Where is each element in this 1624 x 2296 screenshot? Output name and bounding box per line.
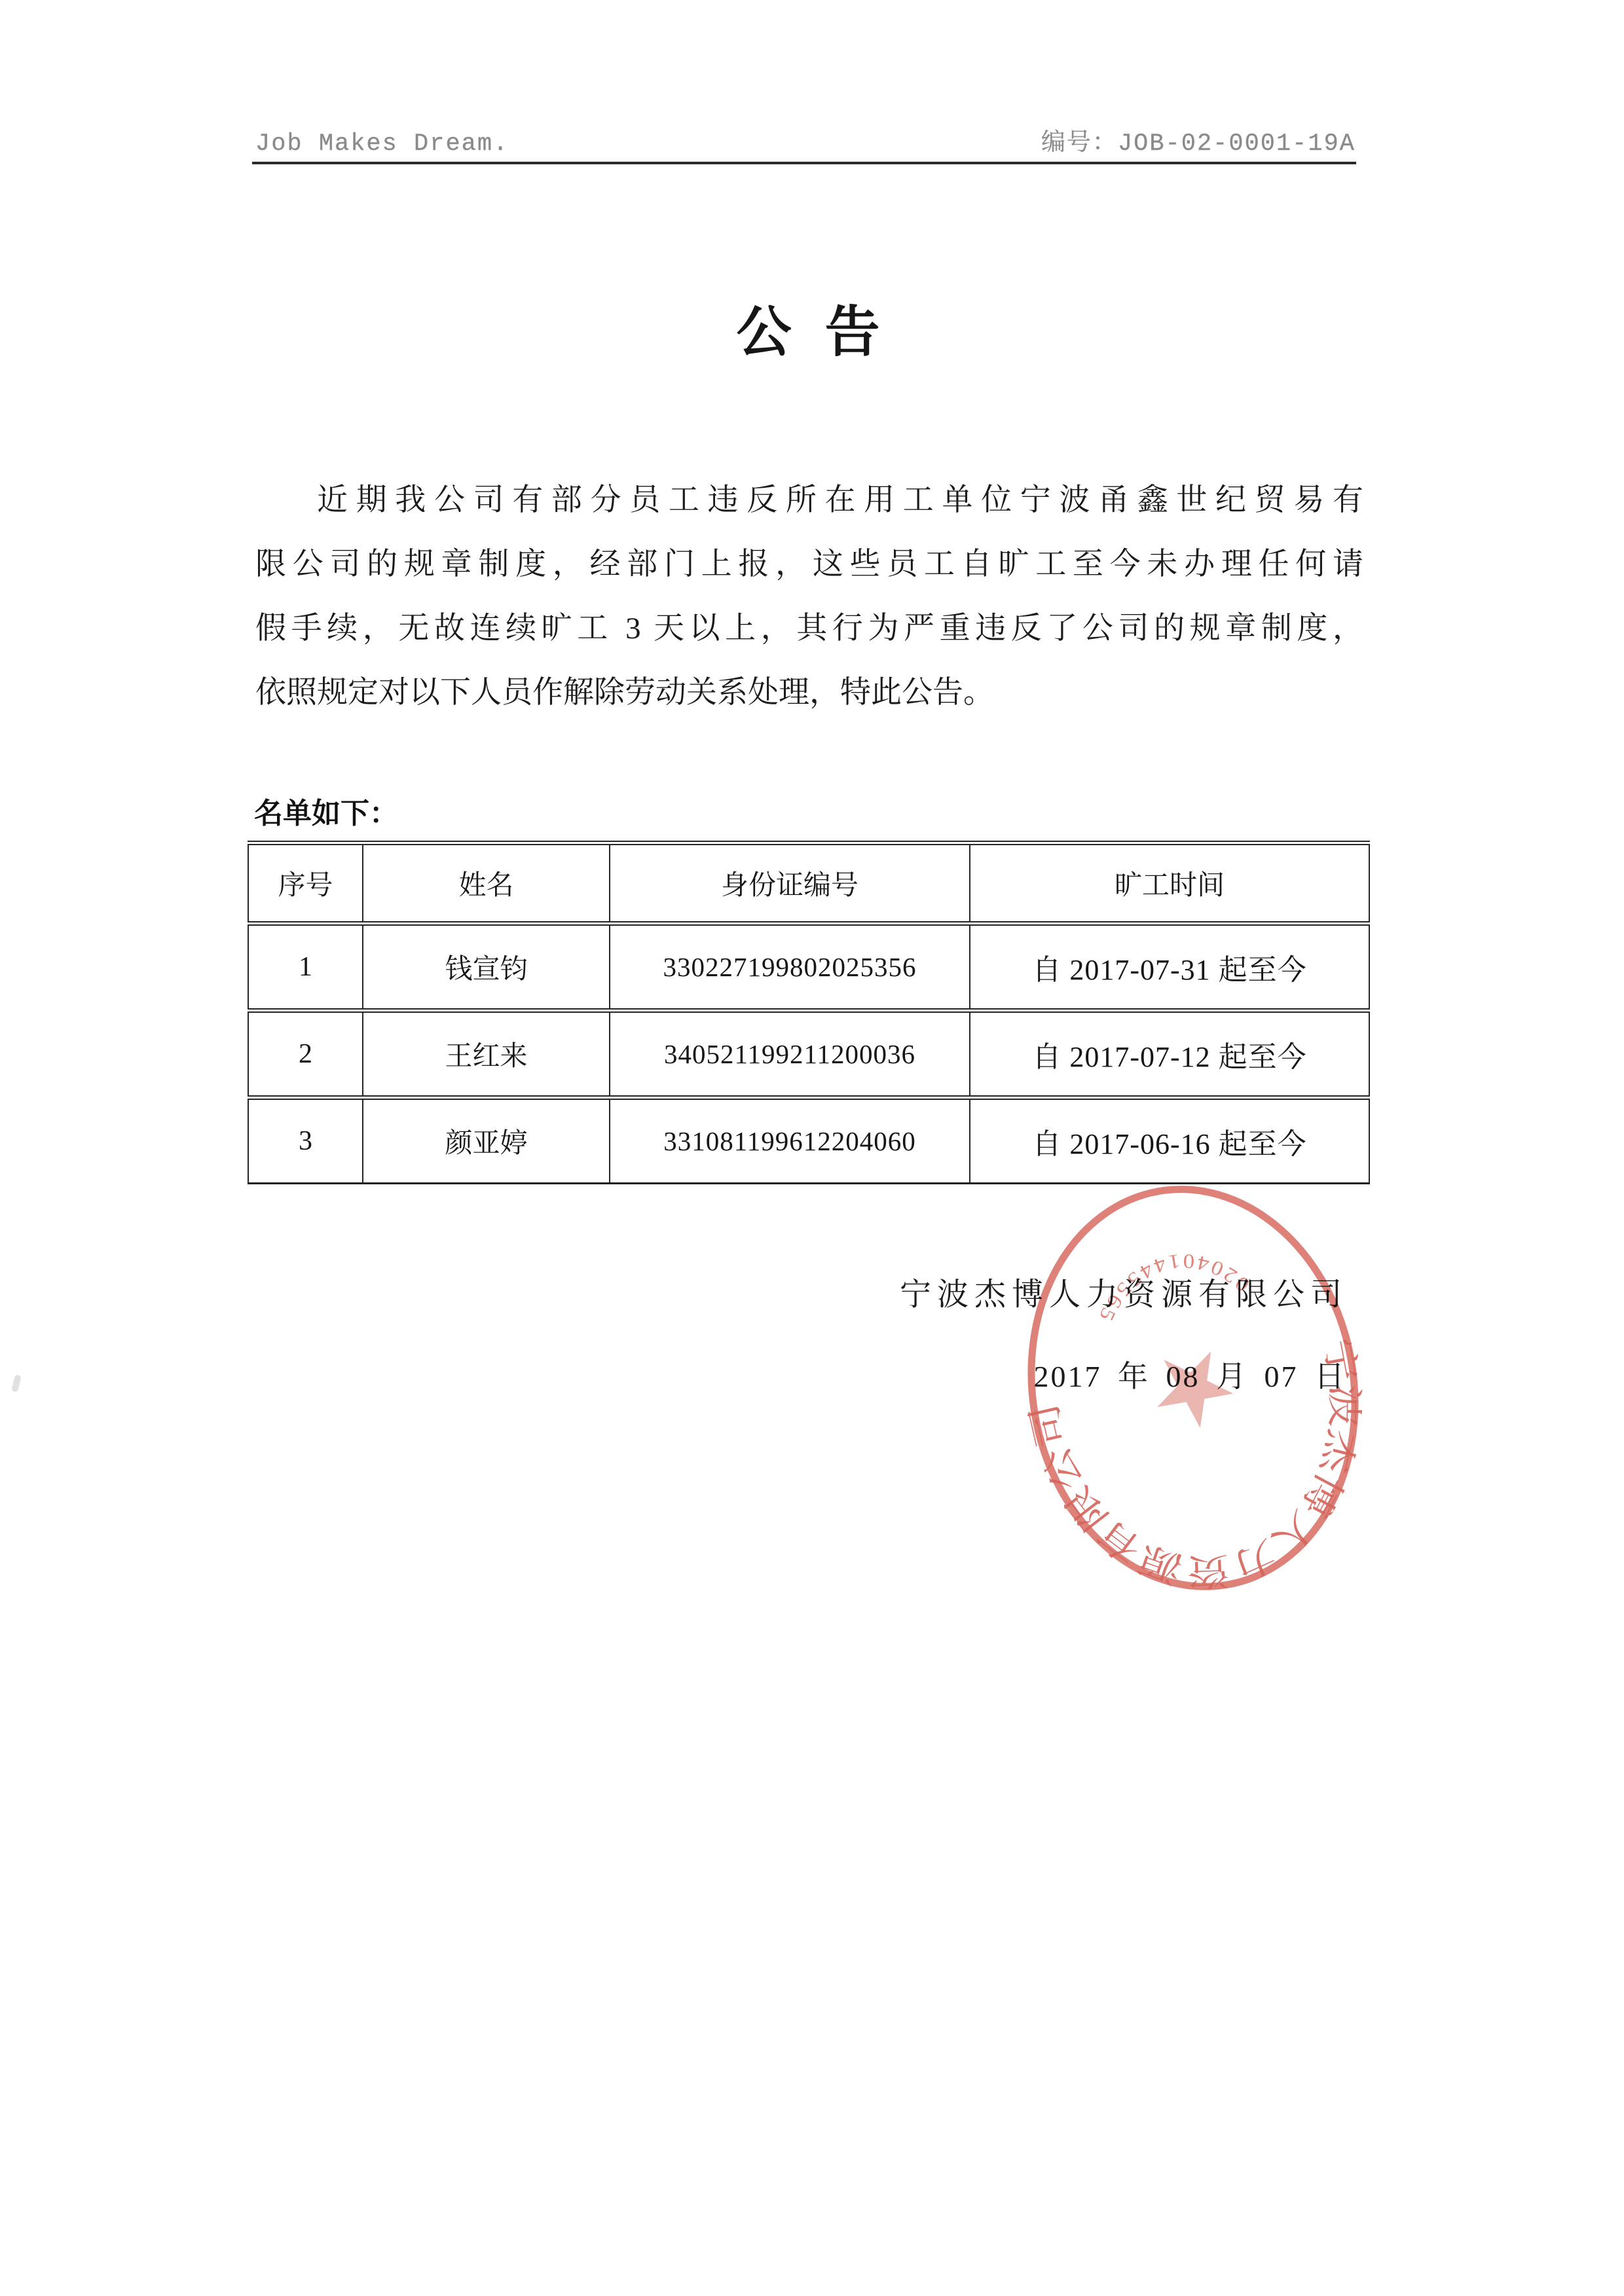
paragraph-line: 假手续，无故连续旷工 3 天以上，其行为严重违反了公司的规章制度， [255,596,1363,661]
doc-number-value: JOB-02-0001-19A [1118,130,1356,158]
table-row: 2 王红来 340521199211200036 自 2017-07-12 起至… [248,1011,1369,1098]
column-header-seq: 序号 [248,843,363,924]
list-label: 名单如下： [254,790,398,831]
cell-name: 颜亚婷 [363,1098,610,1184]
paragraph-line: 近期我公司有部分员工违反所在用工单位宁波甬鑫世纪贸易有 [255,468,1363,532]
paragraph-line: 限公司的规章制度，经部门上报，这些员工自旷工至今未办理任何请 [255,532,1363,596]
paragraph-line: 依照规定对以下人员作解除劳动关系处理，特此公告。 [255,661,1363,725]
dismissal-roster-table: 序号 姓名 身份证编号 旷工时间 1 钱宣钧 33022719980202535… [248,841,1370,1184]
header-rule [252,162,1356,164]
cell-id: 331081199612204060 [610,1098,970,1184]
document-header: Job Makes Dream. 编号：JOB-02-0001-19A [255,122,1356,158]
table-row: 1 钱宣钧 330227199802025356 自 2017-07-31 起至… [248,924,1369,1011]
column-header-name: 姓名 [363,843,610,924]
page-title: 公 告 [255,288,1362,367]
column-header-period: 旷工时间 [970,843,1369,924]
cell-name: 钱宣钧 [363,924,610,1011]
scan-artifact [11,1374,22,1393]
document-page: Job Makes Dream. 编号：JOB-02-0001-19A 公 告 … [0,0,1624,2296]
table-header-row: 序号 姓名 身份证编号 旷工时间 [248,843,1369,924]
cell-period: 自 2017-06-16 起至今 [970,1098,1369,1184]
doc-number-label: 编号： [1041,130,1118,158]
cell-period: 自 2017-07-31 起至今 [970,924,1369,1011]
table-row: 3 颜亚婷 331081199612204060 自 2017-06-16 起至… [248,1098,1369,1184]
cell-id: 340521199211200036 [610,1011,970,1098]
header-slogan: Job Makes Dream. [255,130,509,158]
cell-name: 王红来 [363,1011,610,1098]
cell-seq: 3 [248,1098,363,1184]
column-header-id: 身份证编号 [610,843,970,924]
cell-id: 330227199802025356 [610,924,970,1011]
cell-seq: 2 [248,1011,363,1098]
header-doc-number: 编号：JOB-02-0001-19A [1041,122,1356,158]
signature-date: 2017 年 08 月 07 日 [1034,1353,1347,1396]
cell-period: 自 2017-07-12 起至今 [970,1011,1369,1098]
announcement-paragraph: 近期我公司有部分员工违反所在用工单位宁波甬鑫世纪贸易有 限公司的规章制度，经部门… [255,468,1363,725]
cell-seq: 1 [248,924,363,1011]
signature-company: 宁波杰博人力资源有限公司 [900,1269,1348,1314]
